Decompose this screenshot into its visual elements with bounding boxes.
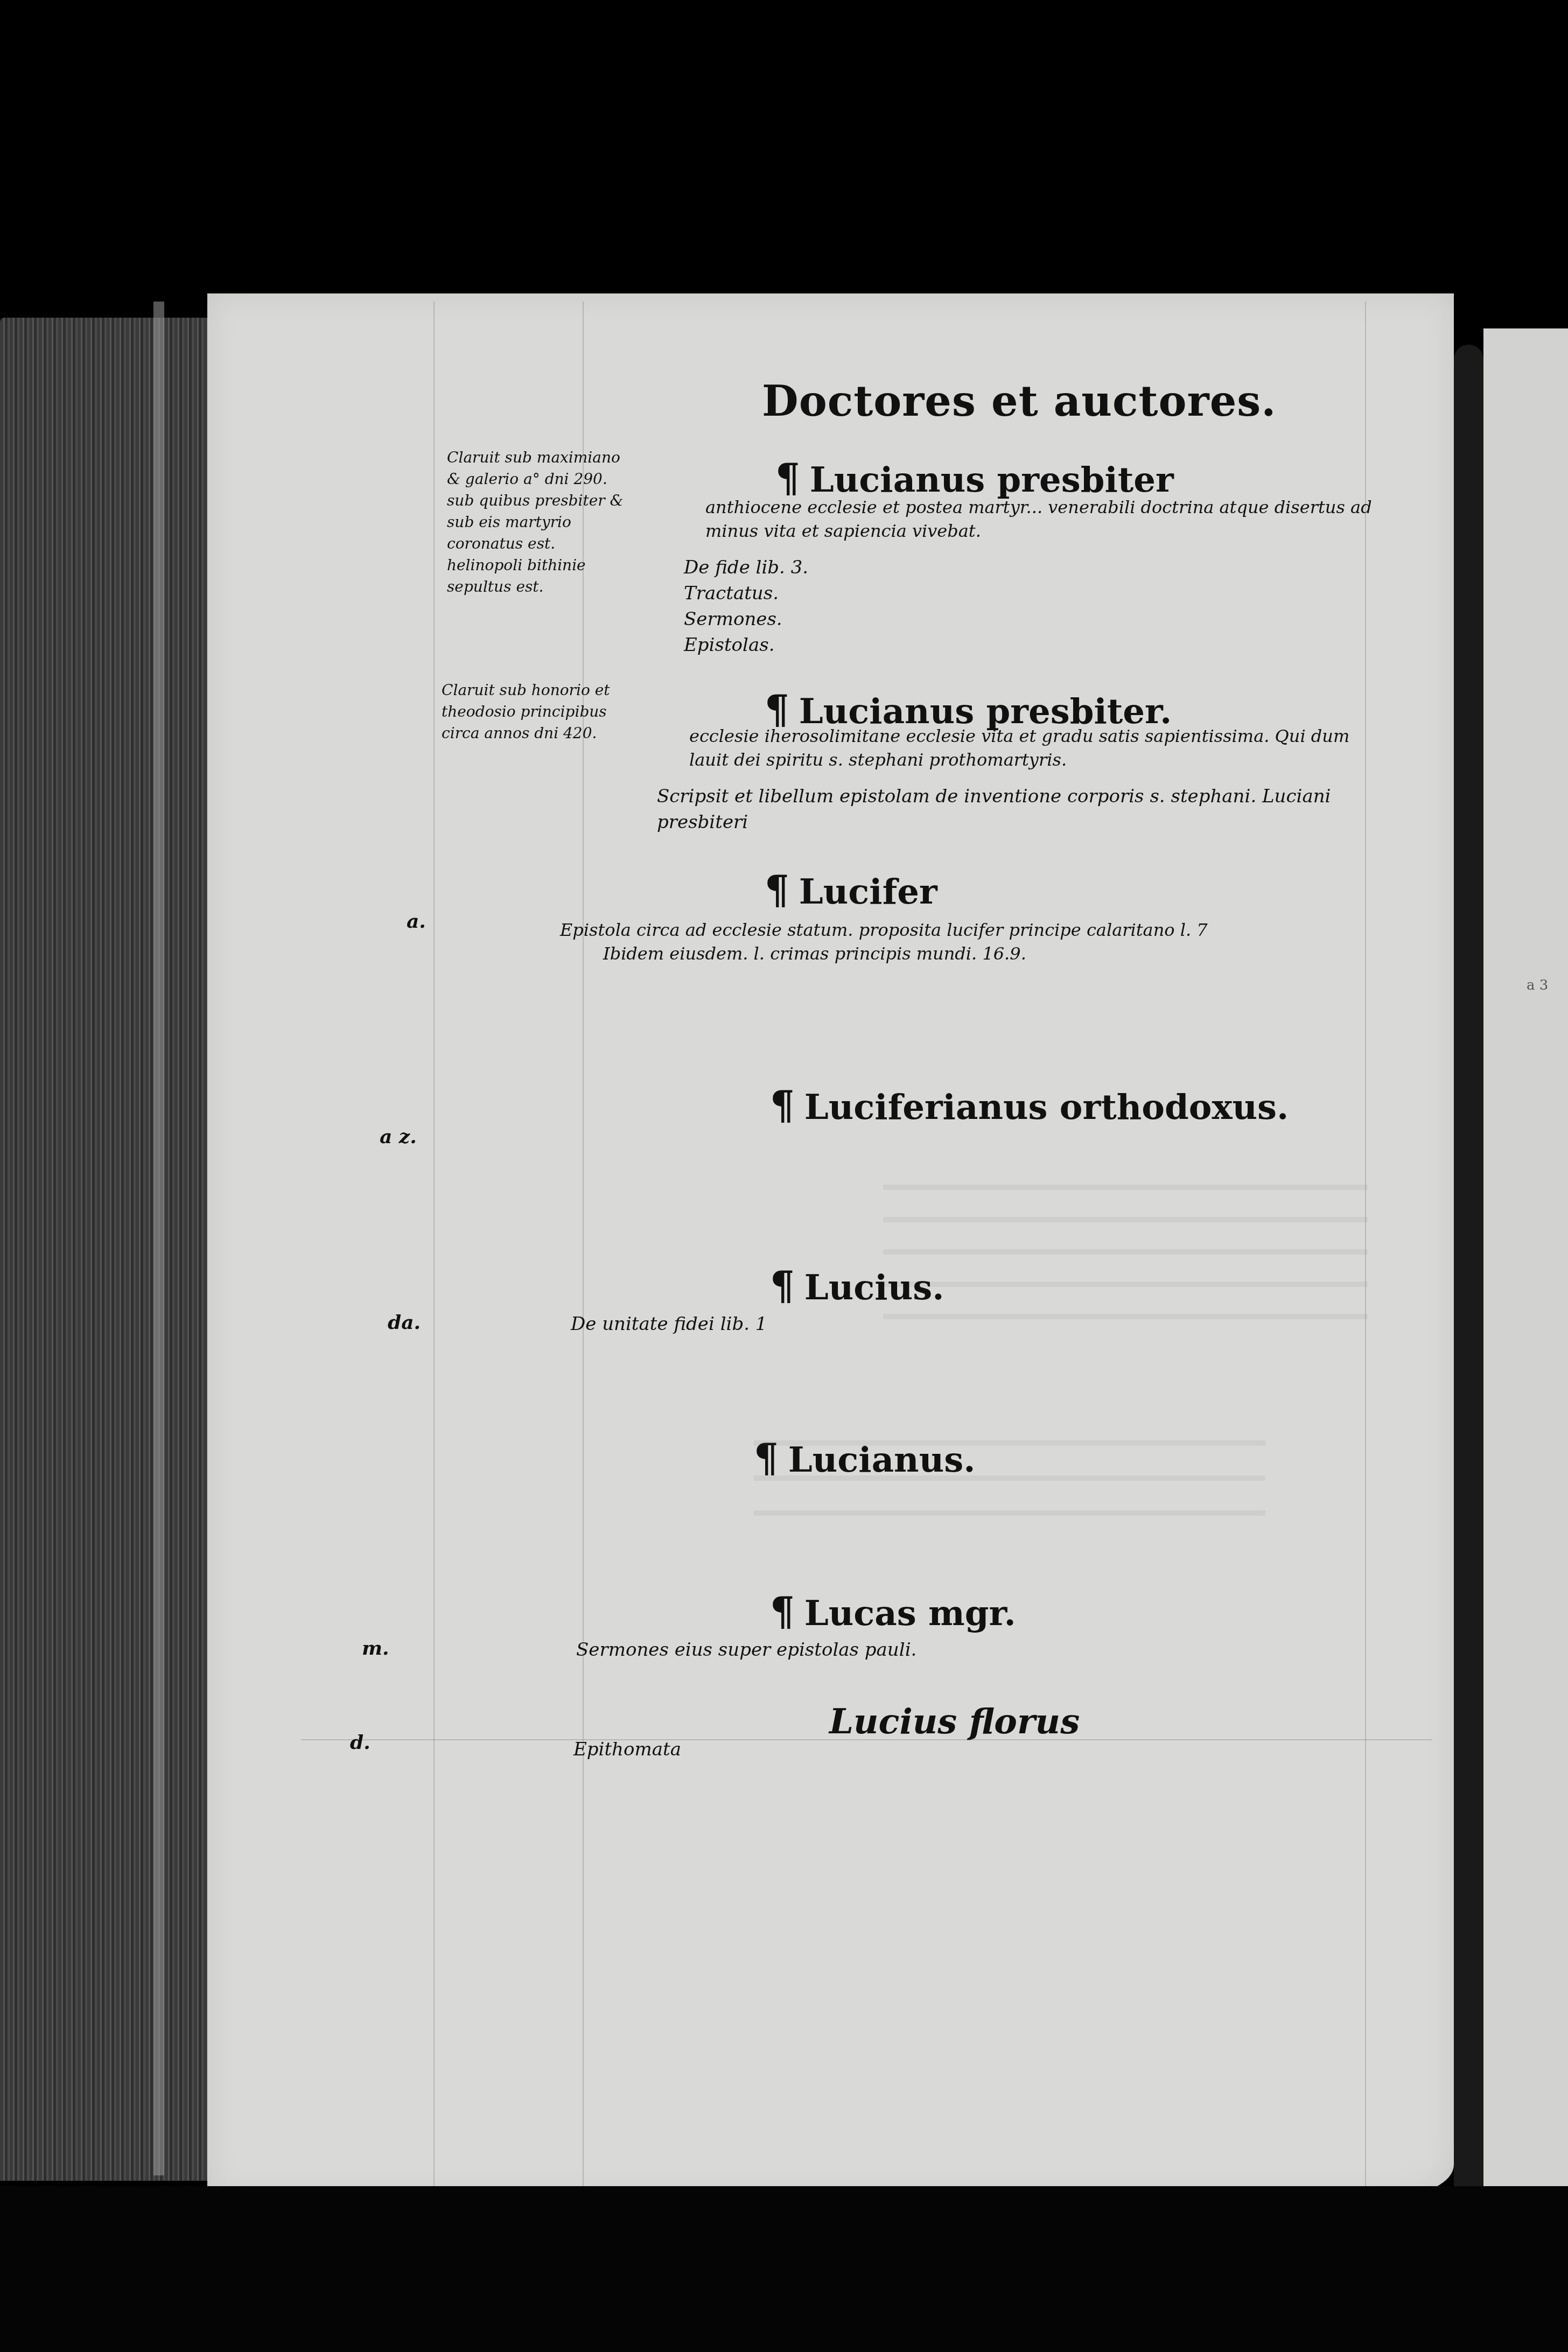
section-title: Doctores et auctores. (762, 377, 1276, 426)
entry-heading-3: ¶Lucifer (765, 867, 937, 913)
book-fore-edge (0, 318, 207, 2181)
work-item: Epistolas. (684, 632, 808, 658)
pilcrow-icon: ¶ (770, 1082, 795, 1128)
margin-letter-4: a z. (380, 1125, 417, 1148)
bleed-through-text (883, 1158, 1368, 1330)
fore-edge-highlight (153, 302, 164, 2175)
body-line: Ibidem eiusdem. l. crimas principis mund… (560, 942, 1378, 965)
pilcrow-icon: ¶ (770, 1588, 795, 1634)
entry-body-2: ecclesie iherosolimitane ecclesie vita e… (689, 724, 1378, 772)
margin-letter-7: m. (362, 1637, 389, 1660)
background-shadow (0, 2186, 1568, 2352)
entry-body-3: Epistola circa ad ecclesie statum. propo… (560, 918, 1378, 965)
entry-works-7: Sermones eius super epistolas pauli. (576, 1637, 916, 1663)
body-line: Epistola circa ad ecclesie statum. propo… (560, 918, 1378, 942)
bleed-through-text (754, 1411, 1265, 1545)
entry-body-1: anthiocene ecclesie et postea martyr... … (705, 495, 1373, 543)
pilcrow-icon: ¶ (765, 867, 789, 913)
entry-works-2: Scripsit et libellum epistolam de invent… (657, 783, 1378, 835)
margin-letter-3: a. (407, 910, 426, 933)
work-item: Tractatus. (684, 580, 808, 606)
entry-works-1: De fide lib. 3. Tractatus. Sermones. Epi… (684, 555, 808, 658)
entry-heading-5: ¶Lucius. (770, 1263, 944, 1308)
work-item: De fide lib. 3. (684, 555, 808, 580)
pilcrow-icon: ¶ (775, 455, 800, 501)
entry-works-8: Epithomata (573, 1737, 681, 1762)
book-gutter (1454, 345, 1483, 2186)
ruling-line-margin-outer (433, 302, 435, 2186)
entry-heading-8: Lucius florus (829, 1702, 1080, 1742)
margin-note-1: Claruit sub maximiano & galerio a° dni 2… (447, 447, 625, 598)
margin-letter-8: d. (350, 1731, 370, 1754)
pilcrow-icon: ¶ (770, 1263, 795, 1308)
entry-heading-7: ¶Lucas mgr. (770, 1588, 1016, 1634)
entry-heading-4: ¶Luciferianus orthodoxus. (770, 1082, 1289, 1128)
entry-works-5: De unitate fidei lib. 1 (571, 1311, 767, 1337)
work-item: Sermones. (684, 606, 808, 632)
margin-letter-5: da. (388, 1311, 421, 1334)
facing-page (1483, 328, 1568, 2213)
entry-heading-1: ¶Lucianus presbiter (775, 455, 1174, 501)
margin-note-2: Claruit sub honorio et theodosio princip… (442, 680, 619, 744)
facing-page-mark: a 3 (1527, 977, 1548, 993)
